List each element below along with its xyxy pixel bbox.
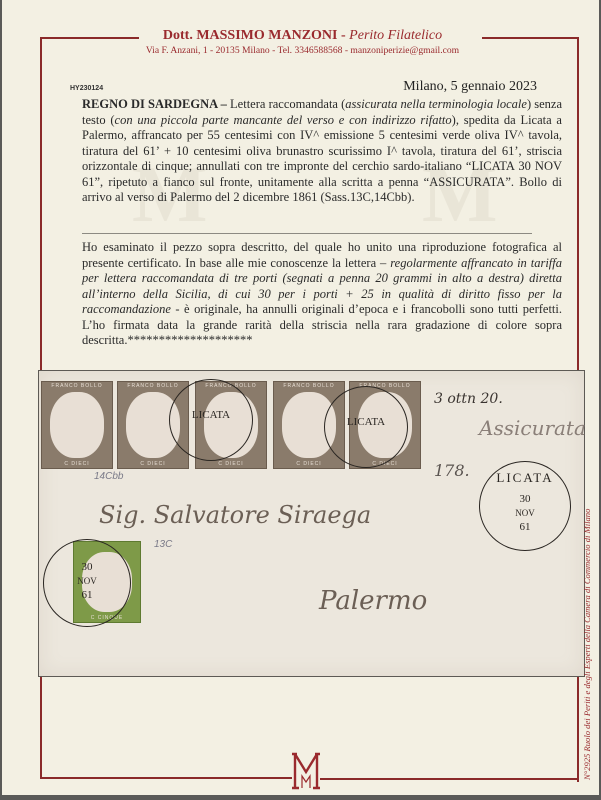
opinion-paragraph: Ho esaminato il pezzo sopra descritto, d… <box>82 240 562 349</box>
expert-address: Via F. Anzani, 1 - 20135 Milano - Tel. 3… <box>2 45 601 56</box>
description-paragraph: REGNO DI SARDEGNA – Lettera raccomandata… <box>82 97 562 206</box>
pen-weight-note: 3 ottn 20. <box>434 391 503 407</box>
frame-border <box>320 778 579 780</box>
pen-number: 178. <box>434 461 470 480</box>
postmark-cancel: LICATA <box>324 386 408 468</box>
pen-assicurata: Assicurata <box>479 416 586 440</box>
description-heading: REGNO DI SARDEGNA <box>82 97 217 111</box>
monogram-logo-icon <box>291 750 321 792</box>
pencil-catalogue-note: 14Cbb <box>94 471 123 482</box>
expert-name-line: Dott. MASSIMO MANZONI - Perito Filatelic… <box>2 28 601 44</box>
address-city: Palermo <box>319 586 427 616</box>
section-divider <box>82 233 532 234</box>
expert-title: Perito Filatelico <box>349 28 442 43</box>
certificate-date: Milano, 5 gennaio 2023 <box>403 79 537 95</box>
registry-note: N°2925 Ruolo dei Periti e degli Esperti … <box>582 509 592 780</box>
certificate-page: M M Dott. MASSIMO MANZONI - Perito Filat… <box>2 0 599 795</box>
certificate-reference: HY230124 <box>70 85 103 92</box>
postmark-cancel: LICATA <box>169 379 253 461</box>
stamp-10c: FRANCO BOLLOC DIECI <box>41 381 113 469</box>
expert-name: Dott. MASSIMO MANZONI <box>163 28 338 43</box>
letter-photo: FRANCO BOLLOC DIECI FRANCO BOLLOC DIECI … <box>38 370 585 677</box>
pencil-catalogue-note: 13C <box>154 539 172 550</box>
address-recipient: Sig. Salvatore Siraega <box>99 501 371 529</box>
postmark-cancel: 30 NOV 61 <box>43 539 131 627</box>
frame-border <box>40 777 292 779</box>
letterhead: Dott. MASSIMO MANZONI - Perito Filatelic… <box>2 28 601 56</box>
postmark-licata: LICATA 30 NOV 61 <box>479 461 571 551</box>
